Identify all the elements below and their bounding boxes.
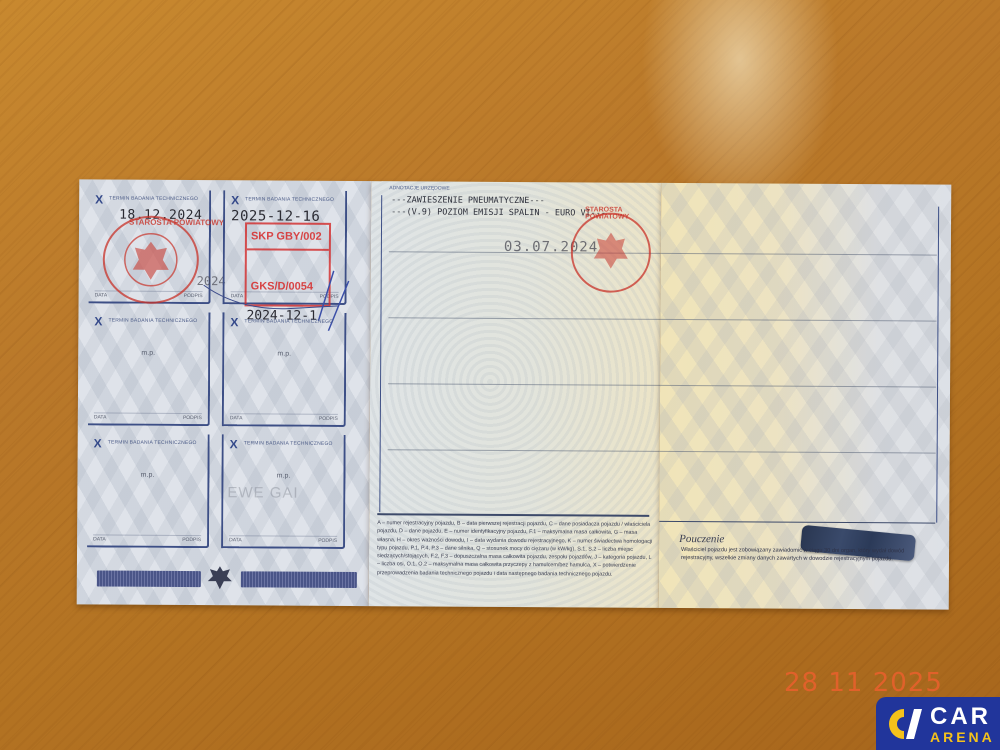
logo-text-arena: ARENA [930, 729, 995, 745]
seal-placeholder: m.p. [88, 349, 208, 357]
signature-label: PODPIS [182, 537, 201, 543]
logo-text-car: CAR [930, 703, 991, 731]
annotations-caption: ADNOTACJE URZĘDOWE [389, 185, 450, 191]
round-official-stamp [571, 212, 651, 292]
inspection-box-3: X TERMIN BADANIA TECHNICZNEGO m.p. DATA … [88, 311, 211, 426]
seal-placeholder: m.p. [224, 350, 344, 358]
inspection-box-5: X TERMIN BADANIA TECHNICZNEGO m.p. DATA … [87, 433, 210, 548]
eagle-emblem-icon [573, 214, 649, 290]
box-header: TERMIN BADANIA TECHNICZNEGO [244, 318, 333, 325]
signature-label: PODPIS [318, 538, 337, 544]
signature-label: PODPIS [183, 415, 202, 421]
round-official-stamp [103, 215, 200, 304]
x-mark: X [230, 437, 238, 451]
guilloche-band-left [97, 570, 201, 587]
photo-date-overlay: 28 11 2025 [784, 668, 943, 698]
signature-label: PODPIS [319, 416, 338, 422]
notice-text: Właściciel pojazdu jest zobowiązany zawi… [681, 546, 931, 564]
box-header: TERMIN BADANIA TECHNICZNEGO [109, 196, 198, 203]
x-mark: X [94, 436, 102, 450]
date-label: DATA [230, 415, 243, 421]
notice-title: Pouczenie [679, 533, 724, 545]
car-arena-logo-icon [886, 705, 926, 743]
faint-imprint: EWE GAI [227, 484, 298, 501]
notice-panel: Pouczenie Właściciel pojazdu jest zobowi… [659, 183, 952, 610]
date-label: DATA [93, 536, 106, 542]
x-mark: X [231, 193, 239, 207]
stamp-text: STAROSTA POWIATOWY [129, 218, 224, 228]
registration-document: X TERMIN BADANIA TECHNICZNEGO 18.12.2024… [77, 179, 952, 609]
box-header: TERMIN BADANIA TECHNICZNEGO [108, 440, 197, 447]
inspection-box-4: X TERMIN BADANIA TECHNICZNEGO m.p. DATA … [222, 312, 347, 427]
skp-code: SKP GBY/002 [247, 224, 329, 251]
eagle-emblem-icon [105, 217, 198, 302]
stamp-text: STAROSTA POWIATOWY [585, 206, 661, 220]
x-mark: X [95, 192, 103, 206]
seal-placeholder: m.p. [87, 471, 207, 479]
date-label: DATA [229, 537, 242, 543]
inspection-panel: X TERMIN BADANIA TECHNICZNEGO 18.12.2024… [77, 179, 372, 606]
field-legend: A – numer rejestracyjny pojazdu, B – dat… [377, 519, 653, 579]
box-header: TERMIN BADANIA TECHNICZNEGO [245, 196, 334, 203]
car-arena-logo: CAR ARENA [876, 697, 1000, 750]
seal-placeholder: m.p. [223, 472, 343, 480]
annotation-line-1: ---ZAWIESZENIE PNEUMATYCZNE--- [391, 195, 545, 206]
annotations-panel: ADNOTACJE URZĘDOWE ---ZAWIESZENIE PNEUMA… [369, 181, 662, 608]
guilloche-band-right [241, 571, 357, 588]
x-mark: X [94, 314, 102, 328]
inspection-box-6: X TERMIN BADANIA TECHNICZNEGO m.p. EWE G… [221, 434, 346, 549]
x-mark: X [230, 315, 238, 329]
box-header: TERMIN BADANIA TECHNICZNEGO [244, 440, 333, 447]
polish-eagle-icon [205, 563, 235, 593]
box-header: TERMIN BADANIA TECHNICZNEGO [108, 318, 197, 325]
date-label: DATA [94, 414, 107, 420]
